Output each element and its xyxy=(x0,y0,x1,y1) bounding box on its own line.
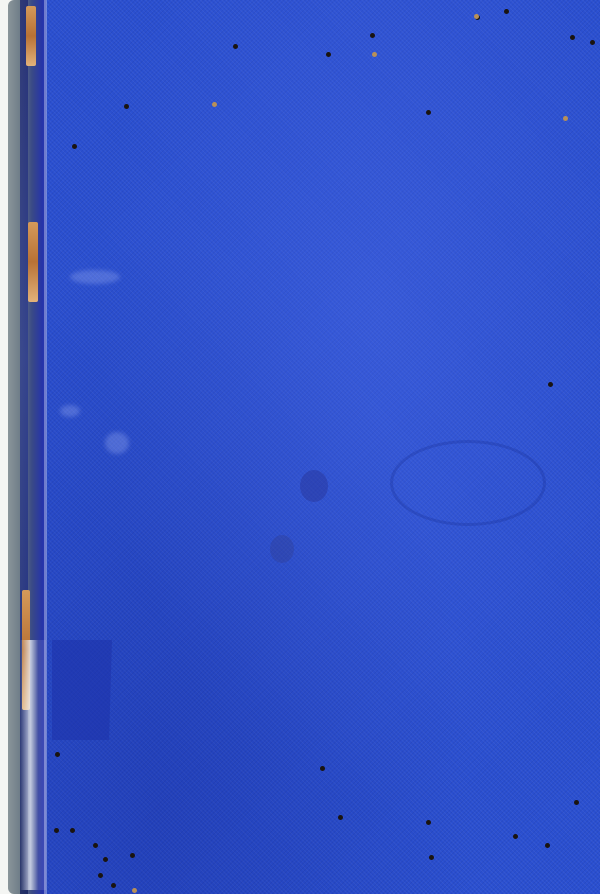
wormhole xyxy=(103,857,108,862)
wormhole xyxy=(426,110,431,115)
tape-repair xyxy=(20,640,46,890)
wormhole xyxy=(93,843,98,848)
wormhole xyxy=(212,102,217,107)
faded-label-patch xyxy=(52,640,112,740)
wormhole xyxy=(320,766,325,771)
wormhole xyxy=(130,853,135,858)
scuff-mark xyxy=(105,432,129,454)
wormhole xyxy=(132,888,137,893)
wormhole xyxy=(326,52,331,57)
spine-tear-top xyxy=(26,6,36,66)
wormhole xyxy=(426,820,431,825)
wormhole xyxy=(513,834,518,839)
wormhole xyxy=(372,52,377,57)
wormhole xyxy=(563,116,568,121)
scuff-mark xyxy=(70,270,120,284)
wormhole xyxy=(124,104,129,109)
wormhole xyxy=(70,828,75,833)
wormhole xyxy=(574,800,579,805)
wormhole xyxy=(338,815,343,820)
wormhole xyxy=(429,855,434,860)
wormhole xyxy=(98,873,103,878)
wormhole xyxy=(570,35,575,40)
wormhole xyxy=(55,752,60,757)
water-stain xyxy=(300,470,328,502)
book-cover-photo xyxy=(0,0,600,894)
spine-tear-middle xyxy=(28,222,38,302)
wormhole xyxy=(590,40,595,45)
wormhole xyxy=(233,44,238,49)
ring-stain xyxy=(390,440,546,526)
cloth-cover-board xyxy=(46,0,600,894)
wormhole xyxy=(54,828,59,833)
wormhole xyxy=(504,9,509,14)
wormhole xyxy=(72,144,77,149)
wormhole xyxy=(370,33,375,38)
wormhole xyxy=(111,883,116,888)
scuff-mark xyxy=(60,405,80,417)
wormhole xyxy=(474,14,479,19)
wormhole xyxy=(548,382,553,387)
water-stain xyxy=(270,535,294,563)
wormhole xyxy=(545,843,550,848)
